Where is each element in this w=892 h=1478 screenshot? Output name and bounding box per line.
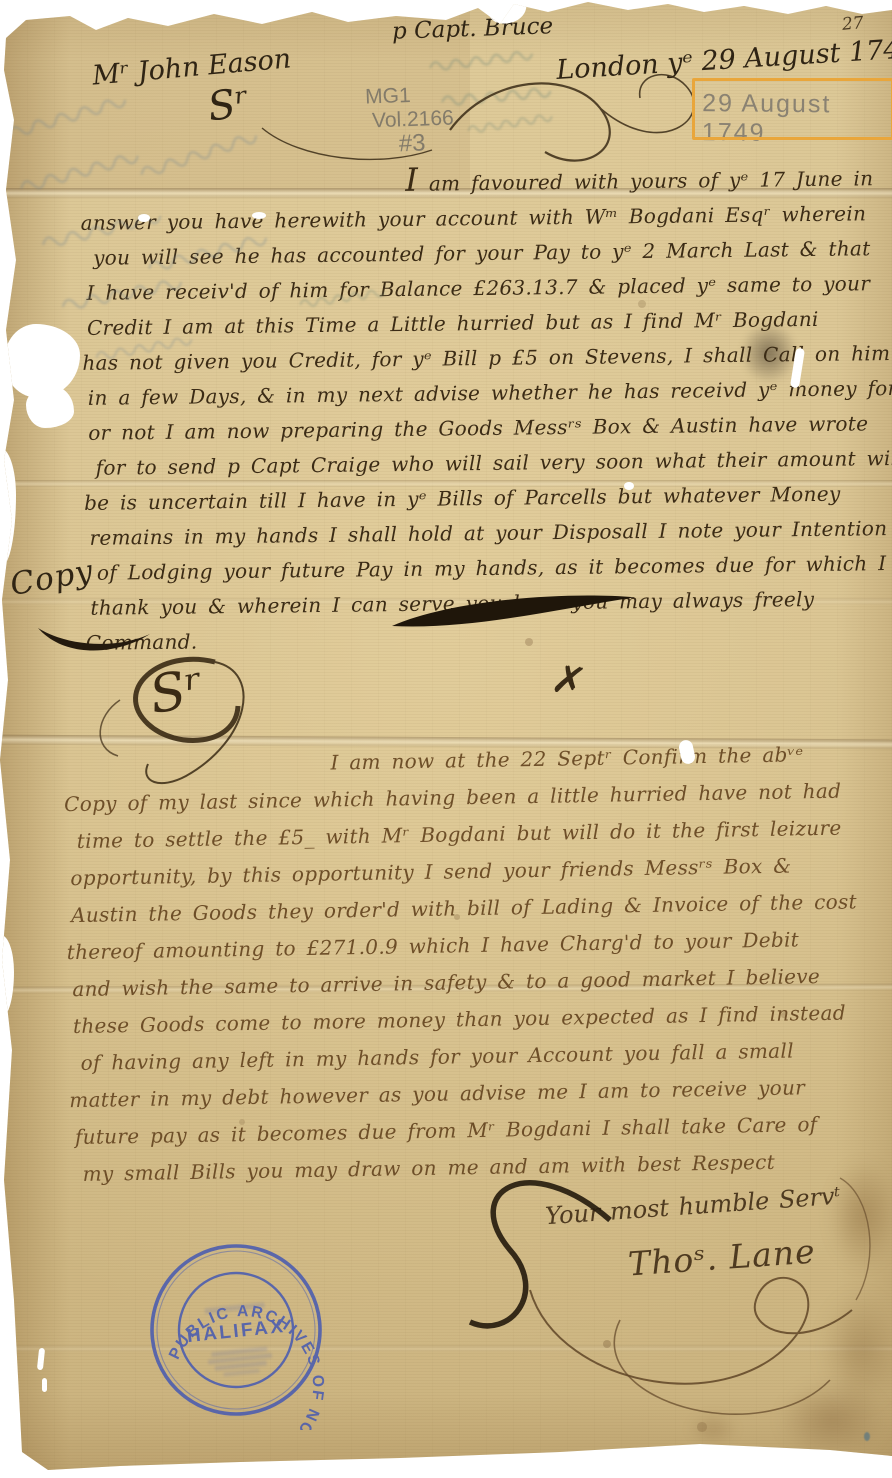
recipient-name: Mʳ John Eason xyxy=(91,43,292,91)
ink-x-mark: ✗ xyxy=(548,655,590,707)
pencil-reference: MG1 Vol.2166 #3 xyxy=(365,82,455,157)
stain xyxy=(778,1380,888,1460)
letter-paper: 27 p Capt. Bruce London yᵉ 29 August 174… xyxy=(0,0,892,1478)
small-tear xyxy=(42,1378,47,1392)
scanned-letter-page: 27 p Capt. Bruce London yᵉ 29 August 174… xyxy=(0,0,892,1478)
stamp-ring-text: PUBLIC ARCHIVES OF NOVA SCOTIA xyxy=(162,1295,335,1430)
edge-tear xyxy=(0,448,16,566)
ink-speck xyxy=(864,1432,870,1441)
margin-copy-note: Copy xyxy=(8,553,97,603)
stain xyxy=(820,1290,892,1410)
paper-hole xyxy=(4,324,80,398)
salutation-second: Sʳ xyxy=(145,658,208,726)
salutation-first: Sʳ xyxy=(205,79,252,130)
stain xyxy=(688,1412,738,1446)
svg-text:PUBLIC ARCHIVES OF NOVA SCOTIA: PUBLIC ARCHIVES OF NOVA SCOTIA xyxy=(162,1295,335,1430)
letter-body-second: I am now at the 22 Septʳ Confirm the abᵛ… xyxy=(68,735,886,1193)
fold-crease xyxy=(0,1345,892,1352)
flourish-salutation-1 xyxy=(262,75,694,161)
carrier-note: p Capt. Bruce xyxy=(392,13,554,45)
valediction: Your most humble Servᵗ xyxy=(544,1182,841,1231)
foxing-spots xyxy=(0,0,4,4)
paper-hole xyxy=(26,386,74,428)
dateline: London yᵉ 29 August 1749 xyxy=(555,33,892,86)
letter-body-first: I am favoured with yours of yᵉ 17 June i… xyxy=(85,157,881,661)
page-number: 27 xyxy=(841,13,864,35)
small-tear xyxy=(37,1348,45,1371)
pencil-reference-line: #3 xyxy=(398,130,455,156)
edge-tear xyxy=(0,935,14,1017)
signature: Thoˢ. Lane xyxy=(627,1232,817,1284)
pencil-reference-line: MG1 xyxy=(365,82,454,109)
pencil-date: 29 August 1749 xyxy=(702,89,892,149)
archive-stamp: PUBLIC ARCHIVES OF NOVA SCOTIA HALIFAX xyxy=(136,1230,336,1430)
